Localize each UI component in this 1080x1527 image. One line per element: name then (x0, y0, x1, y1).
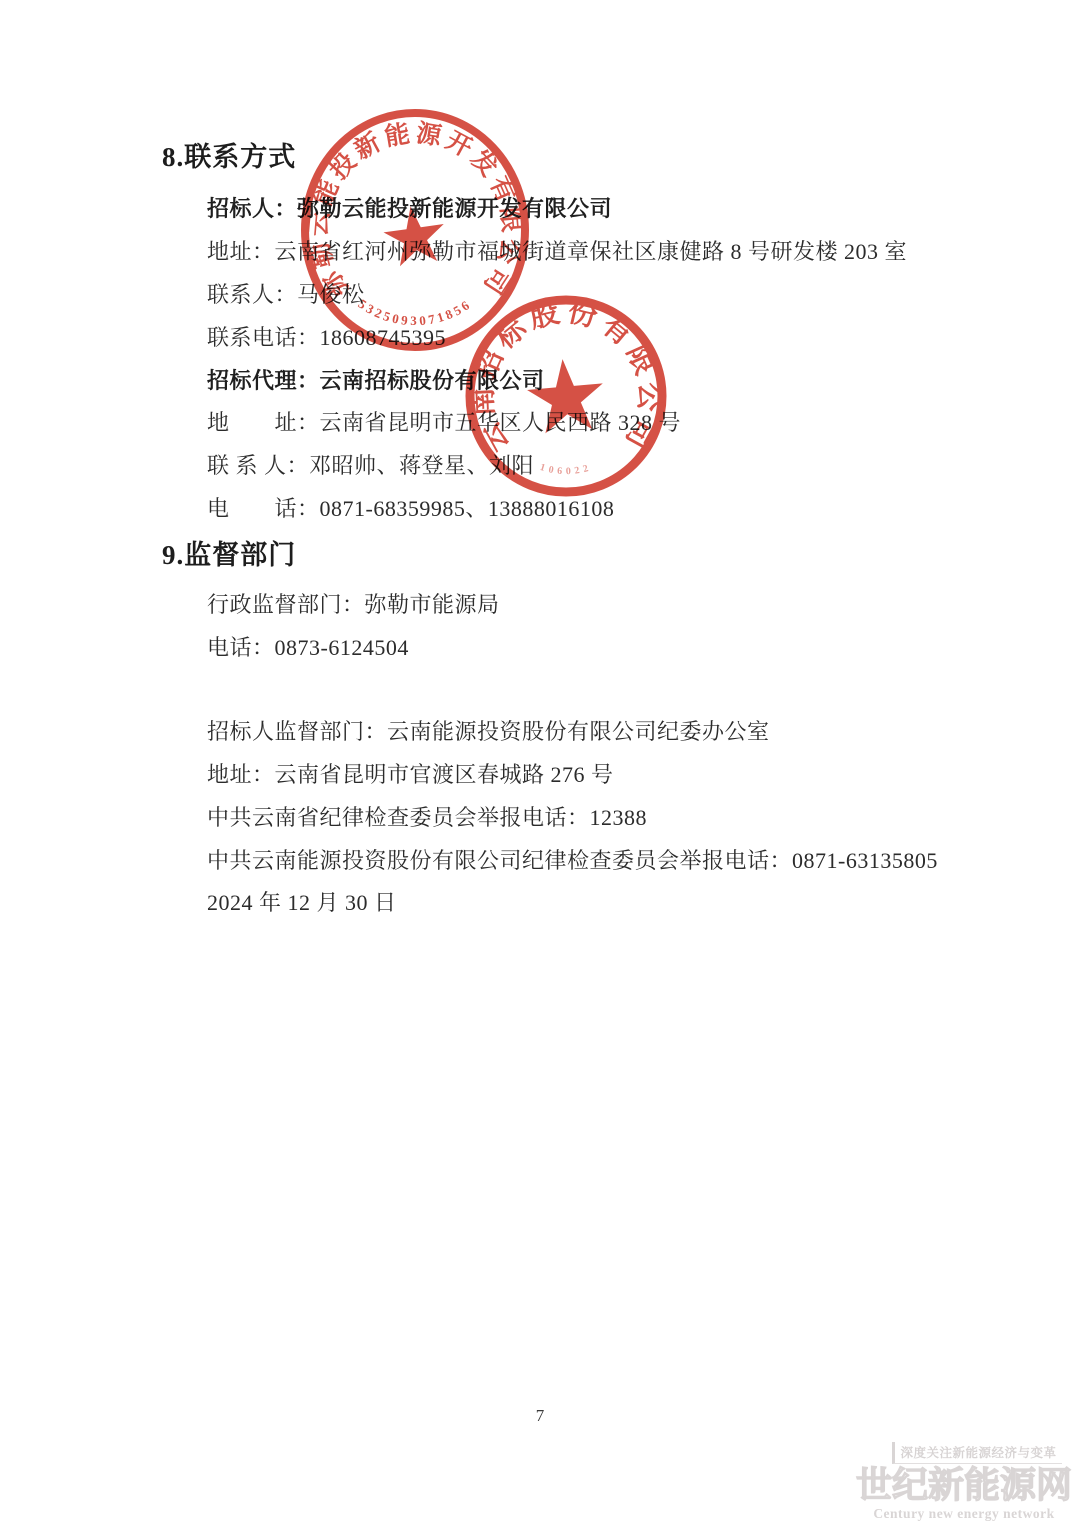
bidder-dept-address-line: 地址：云南省昆明市官渡区春城路 276 号 (207, 760, 614, 790)
date-line: 2024 年 12 月 30 日 (207, 888, 397, 918)
section-8-heading: 8.联系方式 (162, 140, 296, 174)
admin-phone-line: 电话：0873-6124504 (207, 633, 409, 663)
star-icon (380, 202, 448, 268)
admin-dept-line: 行政监督部门：弥勒市能源局 (207, 590, 500, 620)
section-9-heading: 9.监督部门 (162, 538, 296, 572)
agent-company-seal: 云南招标股份有限公司 106022 (456, 286, 676, 506)
star-icon (525, 356, 607, 435)
watermark-title: 世纪新能源网 (853, 1464, 1075, 1506)
page-number: 7 (0, 1406, 1080, 1426)
watermark-slogan: 深度关注新能源经济与变革 (892, 1442, 1061, 1464)
document-page: 8.联系方式 招标人：弥勒云能投新能源开发有限公司 地址：云南省红河州弥勒市福城… (0, 0, 1080, 1527)
bidder-dept-line: 招标人监督部门：云南能源投资股份有限公司纪委办公室 (207, 717, 770, 747)
seal-code-arc-text: 106022 (539, 462, 594, 477)
watermark: 深度关注新能源经济与变革 世纪新能源网 Century new energy n… (853, 1442, 1075, 1522)
company-hotline-line: 中共云南能源投资股份有限公司纪律检查委员会举报电话：0871-63135805 (207, 846, 938, 876)
watermark-subtitle: Century new energy network (853, 1506, 1075, 1522)
provincial-hotline-line: 中共云南省纪律检查委员会举报电话：12388 (207, 803, 647, 833)
